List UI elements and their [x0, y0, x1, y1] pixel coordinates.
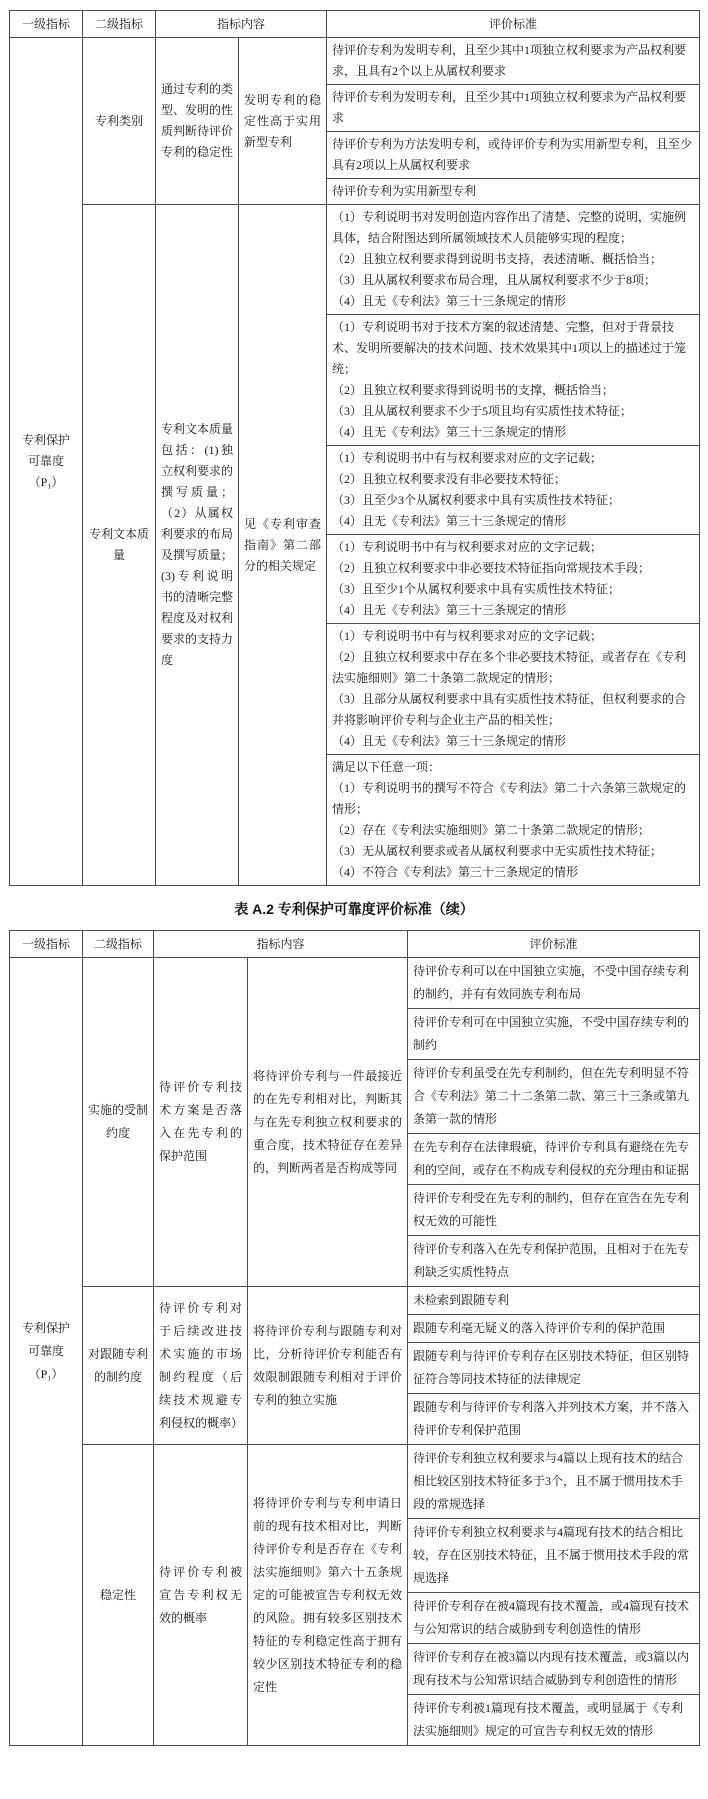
criteria-cell: 在先专利存在法律瑕疵，待评价专利具有避绕在先专利的空间，或存在不构成专利侵权的充…	[408, 1134, 700, 1185]
patent-reliability-table-1: 一级指标 二级指标 指标内容 评价标准 专利保护 可靠度 （P₁） 专利类别 通…	[9, 10, 700, 886]
criteria-cell: 跟随专利与待评价专利存在区别技术特征，但区别特征符合等同技术特征的法律规定	[408, 1343, 700, 1394]
criteria-cell: 待评价专利虽受在先专利制约，但在先专利明显不符合《专利法》第二十二条第二款、第三…	[408, 1060, 700, 1134]
table-title: 表 A.2 专利保护可靠度评价标准（续）	[9, 899, 699, 919]
level2-indicator-cell: 稳定性	[83, 1445, 154, 1746]
level2-indicator-cell: 实施的受制约度	[83, 958, 154, 1287]
level1-indicator-cell: 专利保护 可靠度 （P₁）	[10, 38, 83, 886]
indicator-content-cell: 通过专利的类型、发明的性质判断待评价专利的稳定性	[156, 38, 239, 205]
table2-header-row: 一级指标 二级指标 指标内容 评价标准	[10, 931, 700, 958]
criteria-cell: 跟随专利毫无疑义的落入待评价专利的保护范围	[408, 1315, 700, 1343]
criteria-cell: 待评价专利被1篇现有技术覆盖，或明显属于《专利法实施细则》规定的可宣告专利权无效…	[408, 1695, 700, 1746]
criteria-cell: 待评价专利独立权利要求与4篇以上现有技术的结合相比较区别技术特征多于3个，且不属…	[408, 1445, 700, 1519]
table-row: 专利文本质量 专利文本质量包括：(1)独立权利要求的撰写质量；（2）从属权利要求…	[10, 205, 700, 315]
level2-indicator-cell: 专利文本质量	[83, 205, 156, 886]
criteria-cell: （1）专利说明书中有与权利要求对应的文字记载； （2）且独立权利要求中非必要技术…	[327, 535, 700, 624]
table1-header-level2: 二级指标	[83, 11, 156, 38]
criteria-cell: 满足以下任意一项： （1）专利说明书的撰写不符合《专利法》第二十六条第三款规定的…	[327, 755, 700, 886]
table-row: 对跟随专利的制约度 待评价专利对于后续改进技术实施的市场制约程度（后续技术规避专…	[10, 1287, 700, 1315]
table2-header-criteria: 评价标准	[408, 931, 700, 958]
criteria-cell: 跟随专利与待评价专利落入并列技术方案，并不落入待评价专利保护范围	[408, 1394, 700, 1445]
indicator-content-note-cell: 将待评价专利与专利申请日前的现有技术相对比，判断待评价专利是否存在《专利法实施细…	[248, 1445, 408, 1746]
criteria-cell: （1）专利说明书中有与权利要求对应的文字记载； （2）且独立权利要求没有非必要技…	[327, 446, 700, 535]
criteria-cell: 待评价专利可以在中国独立实施，不受中国存续专利的制约，并有有效同族专利布局	[408, 958, 700, 1009]
criteria-cell: （1）专利说明书对于技术方案的叙述清楚、完整，但对于背景技术、发明所要解决的技术…	[327, 315, 700, 446]
table-row: 专利保护 可靠度 （P₁） 专利类别 通过专利的类型、发明的性质判断待评价专利的…	[10, 38, 700, 85]
criteria-cell: 待评价专利存在被3篇以内现有技术覆盖，或3篇以内现有技术与公知常识结合威胁到专利…	[408, 1644, 700, 1695]
criteria-cell: 待评价专利受在先专利的制约，但存在宣告在先专利权无效的可能性	[408, 1185, 700, 1236]
indicator-content-note-cell: 见《专利审查指南》第二部分的相关规定	[239, 205, 327, 886]
criteria-cell: （1）专利说明书对发明创造内容作出了清楚、完整的说明，实施例具体，结合附图达到所…	[327, 205, 700, 315]
indicator-content-cell: 待评价专利对于后续改进技术实施的市场制约程度（后续技术规避专利侵权的概率）	[154, 1287, 248, 1445]
indicator-content-note-cell: 发明专利的稳定性高于实用新型专利	[239, 38, 327, 205]
criteria-cell: （1）专利说明书中有与权利要求对应的文字记载； （2）且独立权利要求中存在多个非…	[327, 624, 700, 755]
table-row: 稳定性 待评价专利被宣告专利权无效的概率 将待评价专利与专利申请日前的现有技术相…	[10, 1445, 700, 1519]
indicator-content-note-cell: 将待评价专利与一件最接近的在先专利相对比，判断其与在先专利独立权利要求的重合度，…	[248, 958, 408, 1287]
table1-header-content: 指标内容	[156, 11, 327, 38]
table-row: 专利保护 可靠度 （P₁） 实施的受制约度 待评价专利技术方案是否落入在先专利的…	[10, 958, 700, 1009]
table1-header-row: 一级指标 二级指标 指标内容 评价标准	[10, 11, 700, 38]
table2-header-content: 指标内容	[154, 931, 408, 958]
criteria-cell: 待评价专利为实用新型专利	[327, 179, 700, 205]
patent-reliability-table-2-continued: 一级指标 二级指标 指标内容 评价标准 专利保护 可靠度 （P₁） 实施的受制约…	[9, 930, 700, 1746]
criteria-cell: 未检索到跟随专利	[408, 1287, 700, 1315]
criteria-cell: 待评价专利可在中国独立实施，不受中国存续专利的制约	[408, 1009, 700, 1060]
criteria-cell: 待评价专利为发明专利，且至少其中1项独立权利要求为产品权利要求	[327, 85, 700, 132]
indicator-content-cell: 待评价专利被宣告专利权无效的概率	[154, 1445, 248, 1746]
criteria-cell: 待评价专利为发明专利，且至少其中1项独立权利要求为产品权利要求，且具有2个以上从…	[327, 38, 700, 85]
criteria-cell: 待评价专利为方法发明专利，或待评价专利为实用新型专利，且至少具有2项以上从属权利…	[327, 132, 700, 179]
level1-indicator-cell: 专利保护 可靠度 （P₁）	[10, 958, 83, 1746]
level2-indicator-cell: 专利类别	[83, 38, 156, 205]
indicator-content-note-cell: 将待评价专利与跟随专利对比，分析待评价专利能否有效限制跟随专利相对于评价专利的独…	[248, 1287, 408, 1445]
indicator-content-cell: 待评价专利技术方案是否落入在先专利的保护范围	[154, 958, 248, 1287]
criteria-cell: 待评价专利落入在先专利保护范围，且相对于在先专利缺乏实质性特点	[408, 1236, 700, 1287]
table2-header-level2: 二级指标	[83, 931, 154, 958]
table2-header-level1: 一级指标	[10, 931, 83, 958]
criteria-cell: 待评价专利存在被4篇现有技术覆盖，或4篇现有技术与公知常识的结合威胁到专利创造性…	[408, 1593, 700, 1644]
document-page: 一级指标 二级指标 指标内容 评价标准 专利保护 可靠度 （P₁） 专利类别 通…	[0, 0, 708, 1760]
level2-indicator-cell: 对跟随专利的制约度	[83, 1287, 154, 1445]
table1-header-criteria: 评价标准	[327, 11, 700, 38]
table1-header-level1: 一级指标	[10, 11, 83, 38]
criteria-cell: 待评价专利独立权利要求与4篇现有技术的结合相比较，存在区别技术特征，且不属于惯用…	[408, 1519, 700, 1593]
indicator-content-cell: 专利文本质量包括：(1)独立权利要求的撰写质量；（2）从属权利要求的布局及撰写质…	[156, 205, 239, 886]
